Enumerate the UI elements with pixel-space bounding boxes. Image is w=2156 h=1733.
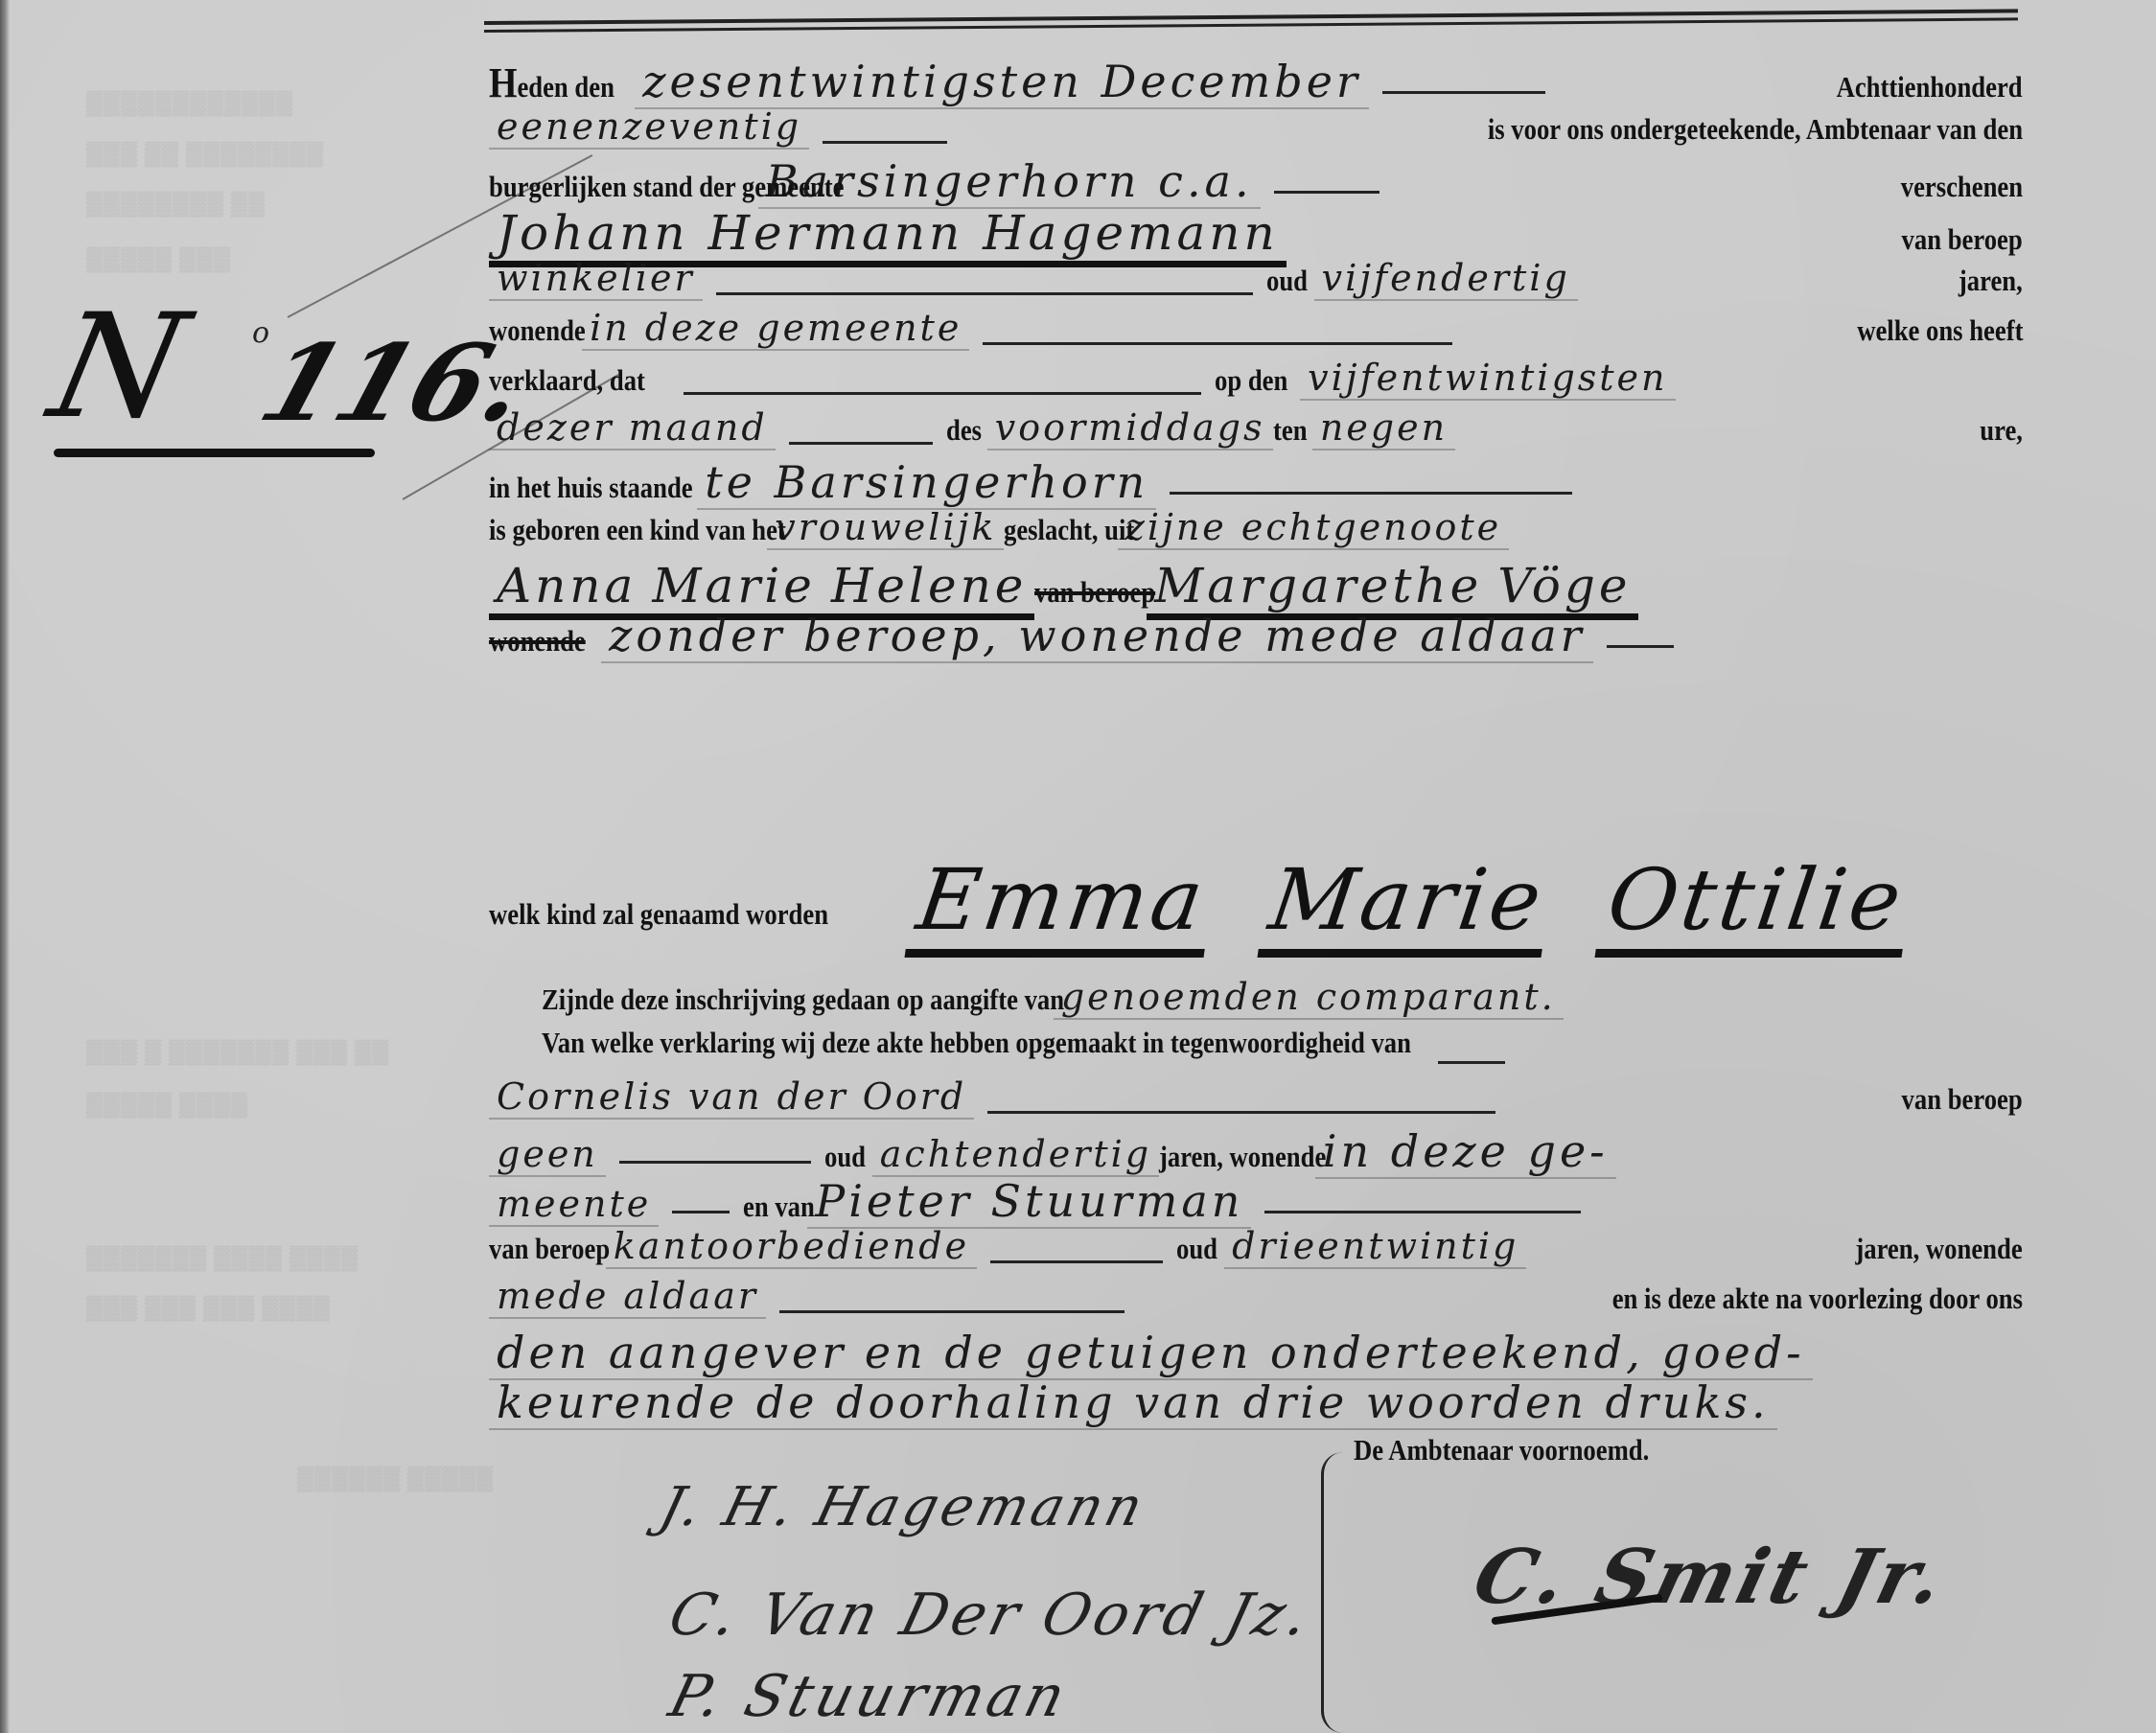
act-number-underline bbox=[54, 449, 375, 457]
signature-brace bbox=[1321, 1452, 1343, 1733]
closing-line-6: van beroep kantoorbediende oud drieentwi… bbox=[489, 1225, 2023, 1282]
witness-2-residence: mede aldaar bbox=[489, 1275, 766, 1319]
closing-line-4: geen oud achtendertig jaren, wonende in … bbox=[489, 1125, 2023, 1183]
bleed-through-text: ▒▒▒ ▒▒ ▒▒▒▒▒▒▒▒ bbox=[86, 142, 470, 168]
official-label: De Ambtenaar voornoemd. bbox=[1354, 1433, 1649, 1467]
line-8: dezer maand des voormiddags ten negen ur… bbox=[489, 406, 2023, 464]
line-4: Johann Hermann Hagemann van beroep bbox=[489, 205, 2023, 263]
closing-line-2: Van welke verklaring wij deze akte hebbe… bbox=[542, 1026, 1970, 1083]
line-7: verklaard, dat op den vijfentwintigsten bbox=[489, 357, 2023, 414]
birth-hour: negen bbox=[1312, 406, 1455, 451]
declarant-age: vijfendertig bbox=[1314, 257, 1578, 301]
line-6: wonende in deze gemeente welke ons heeft bbox=[489, 307, 2023, 364]
line-2: eenenzeventig is voor ons ondergeteekend… bbox=[489, 105, 2023, 163]
page-binding-edge bbox=[0, 0, 10, 1733]
signature-declarant: J. H. Hagemann bbox=[654, 1476, 1152, 1538]
signature-witness-1: C. Van Der Oord Jz. bbox=[662, 1582, 1318, 1649]
closing-line-1: Zijnde deze inschrijving gedaan op aangi… bbox=[542, 976, 2075, 1033]
witness-2-name: Pieter Stuurman bbox=[807, 1175, 1251, 1229]
certificate-page: ▒▒▒▒▒▒▒▒▒▒▒▒ ▒▒▒ ▒▒ ▒▒▒▒▒▒▒▒ ▒▒▒▒▒▒▒▒ ▒▒… bbox=[0, 0, 2156, 1733]
struck-printed-text: van beroep bbox=[1034, 575, 1155, 610]
bleed-through-text: ▒▒▒ ▒ ▒▒▒▒▒▒▒ ▒▒▒ ▒▒ bbox=[86, 1040, 470, 1066]
closing-line-5: meente en van Pieter Stuurman bbox=[489, 1175, 2023, 1233]
act-number: N o 116. bbox=[27, 288, 429, 460]
line-11: Anna Marie Helene van beroep Margarethe … bbox=[489, 558, 2023, 615]
declarant-reference: genoemden comparant. bbox=[1054, 976, 1564, 1020]
bleed-through-text: ▒▒▒▒▒ ▒▒▒▒ bbox=[86, 1093, 470, 1119]
witness-1-name: Cornelis van der Oord bbox=[489, 1075, 974, 1120]
witness-1-residence: in deze ge- bbox=[1315, 1125, 1616, 1179]
witness-1-age: achtendertig bbox=[872, 1133, 1159, 1177]
closing-line-8: den aangever en de getuigen onderteekend… bbox=[489, 1327, 2023, 1384]
bleed-through-text: ▒▒▒ ▒▒▒ ▒▒▒ ▒▒▒▒ bbox=[86, 1296, 470, 1322]
declarant-residence: in deze gemeente bbox=[582, 307, 969, 351]
declarant-occupation: winkelier bbox=[489, 257, 703, 301]
witness-2-age: drieentwintig bbox=[1224, 1225, 1526, 1269]
child-first-name-2: Marie bbox=[1257, 850, 1557, 958]
closing-line-3: Cornelis van der Oord van beroep bbox=[489, 1075, 2023, 1133]
official-label-line: De Ambtenaar voornoemd. bbox=[1354, 1433, 1929, 1490]
witness-2-occupation: kantoorbediende bbox=[606, 1225, 977, 1269]
birth-place: te Barsingerhorn bbox=[697, 456, 1156, 510]
act-number-superscript: o bbox=[252, 316, 269, 350]
witness-1-residence-cont: meente bbox=[489, 1183, 659, 1227]
birth-month: dezer maand bbox=[489, 406, 776, 451]
top-double-rule bbox=[484, 9, 2018, 25]
line-9: in het huis staande te Barsingerhorn bbox=[489, 456, 2023, 514]
mother-relation: zijne echtgenoote bbox=[1118, 506, 1509, 550]
signature-witness-2: P. Stuurman bbox=[662, 1663, 1075, 1730]
witness-1-occupation: geen bbox=[489, 1133, 606, 1177]
date-day-month: zesentwintigsten December bbox=[635, 56, 1369, 109]
line-1: Heden den zesentwintigsten December Acht… bbox=[489, 56, 2023, 113]
child-sex: vrouwelijk bbox=[767, 506, 1004, 550]
bleed-through-text: ▒▒▒▒▒▒▒▒▒▒▒▒ bbox=[86, 91, 470, 117]
child-first-name-1: Emma bbox=[904, 850, 1217, 958]
birth-time-of-day: voormiddags bbox=[987, 406, 1273, 451]
birth-date: vijfentwintigsten bbox=[1300, 357, 1675, 401]
closing-note-2: keurende de doorhaling van drie woorden … bbox=[489, 1376, 1777, 1430]
signature-official: C. Smit Jr. bbox=[1466, 1534, 1956, 1621]
bleed-through-text: ▒▒▒▒▒▒▒ ▒▒▒▒ ▒▒▒▒ bbox=[86, 1246, 470, 1272]
bleed-through-text: ▒▒▒▒▒▒▒▒ ▒▒ bbox=[86, 192, 470, 218]
child-name-line: welk kind zal genaamd worden Emma Marie … bbox=[489, 834, 2023, 949]
date-year: eenenzeventig bbox=[489, 105, 809, 150]
mother-occupation-residence: zonder beroep, wonende mede aldaar bbox=[601, 610, 1593, 663]
child-name: Emma Marie Ottilie bbox=[905, 850, 1938, 949]
line-12: wonende zonder beroep, wonende mede alda… bbox=[489, 610, 2023, 667]
child-first-name-3: Ottilie bbox=[1595, 850, 1916, 958]
line-5: winkelier oud vijfendertig jaren, bbox=[489, 257, 2023, 314]
closing-line-7: mede aldaar en is deze akte na voorlezin… bbox=[489, 1275, 2023, 1332]
line-10: is geboren een kind van het vrouwelijk g… bbox=[489, 506, 2023, 564]
drop-initial: H bbox=[489, 59, 517, 106]
struck-printed-text: wonende bbox=[489, 624, 586, 659]
closing-line-9: keurende de doorhaling van drie woorden … bbox=[489, 1376, 2023, 1434]
act-number-label: N bbox=[40, 295, 197, 439]
line-3: burgerlijken stand der gemeente Barsinge… bbox=[489, 155, 2023, 213]
bleed-through-text: ▒▒▒▒▒▒ ▒▒▒▒▒ bbox=[297, 1467, 681, 1492]
closing-note-1: den aangever en de getuigen onderteekend… bbox=[489, 1327, 1813, 1380]
